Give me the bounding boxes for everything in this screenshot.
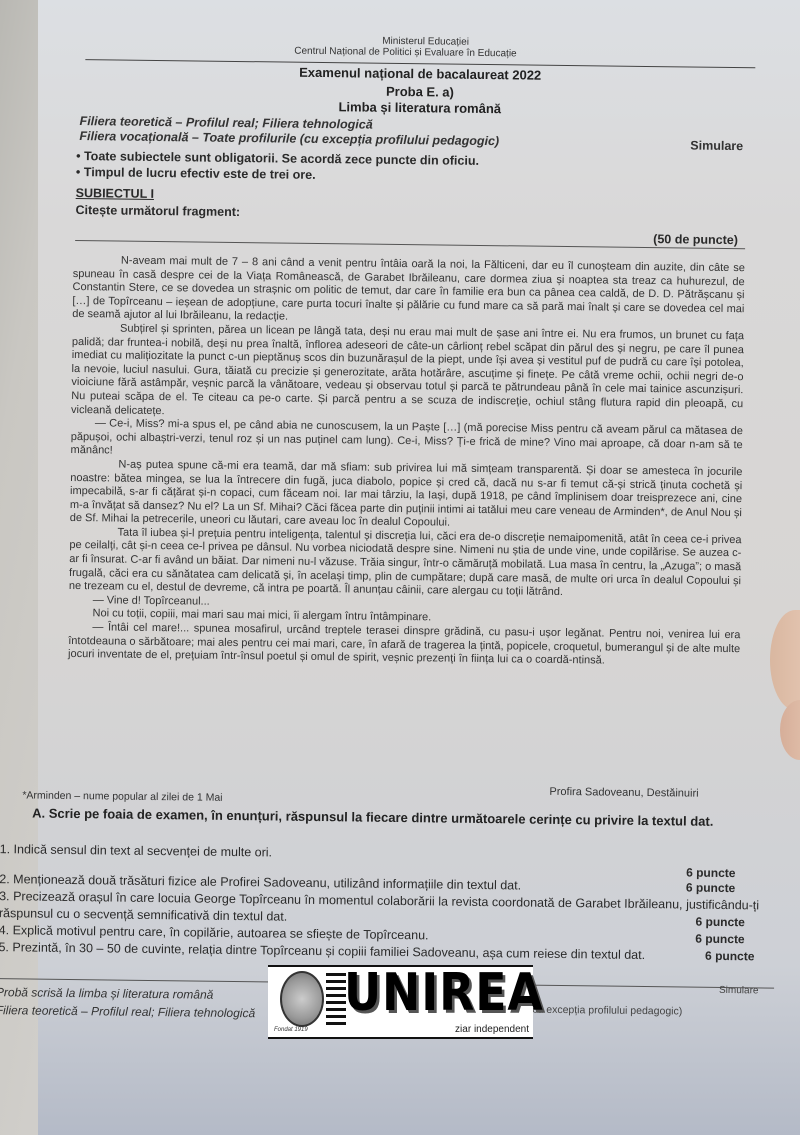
brand-name: UNIREA xyxy=(344,963,544,1023)
fragment-paragraph: N-aveam mai mult de 7 – 8 ani când a ven… xyxy=(72,254,745,330)
task-points: 6 puncte xyxy=(695,931,745,949)
footer-session-label: Simulare xyxy=(719,985,759,996)
footer-line-2-suffix: (cu excepția profilului pedagogic) xyxy=(529,1004,683,1018)
fragment-paragraph: Subțirel și sprinten, părea un licean pe… xyxy=(71,322,744,425)
fragment-paragraph: Tata îl iubea și-l prețuia pentru inteli… xyxy=(69,526,742,602)
coat-of-arms-icon xyxy=(280,971,324,1027)
seal-label: Fondat 1919 xyxy=(274,1027,308,1033)
section-divider xyxy=(75,240,745,249)
instruction-2: • Timpul de lucru efectiv este de trei o… xyxy=(76,165,316,182)
logo-stripes xyxy=(326,973,346,1029)
section-a-instruction: A. Scrie pe foaia de examen, în enunțuri… xyxy=(32,806,742,830)
footnote: *Arminden – nume popular al zilei de 1 M… xyxy=(22,789,222,803)
task-list: 1. Indică sensul din text al secvenței d… xyxy=(0,841,760,965)
literary-fragment: N-aveam mai mult de 7 – 8 ani când a ven… xyxy=(68,254,745,670)
task-points: 6 puncte xyxy=(686,880,736,898)
source-citation: Profira Sadoveanu, Destăinuiri xyxy=(549,786,698,800)
fragment-paragraph: N-aș putea spune că-mi era teamă, dar mă… xyxy=(70,458,743,534)
points-total: (50 de puncte) xyxy=(653,232,738,247)
unirea-watermark-logo: Fondat 1919 UNIREA ziar independent xyxy=(268,965,533,1039)
session-label: Simulare xyxy=(690,139,743,154)
read-prompt: Citește următorul fragment: xyxy=(75,203,240,219)
brand-tagline: ziar independent xyxy=(455,1024,529,1035)
subject-heading: SUBIECTUL I xyxy=(76,186,154,201)
footer-line-1: Probă scrisă la limba și literatura româ… xyxy=(0,985,213,1002)
task-text: 1. Indică sensul din text al secvenței d… xyxy=(0,842,272,859)
fragment-paragraph: — Întâi cel mare!... spunea mosafirul, u… xyxy=(68,621,740,670)
header-institution: Ministerul Educației Centrul Național de… xyxy=(5,31,800,63)
filiera-line-2: Filiera vocațională – Toate profilurile … xyxy=(79,129,499,148)
footer-line-2: Filiera teoretică – Profilul real; Filie… xyxy=(0,1003,255,1020)
